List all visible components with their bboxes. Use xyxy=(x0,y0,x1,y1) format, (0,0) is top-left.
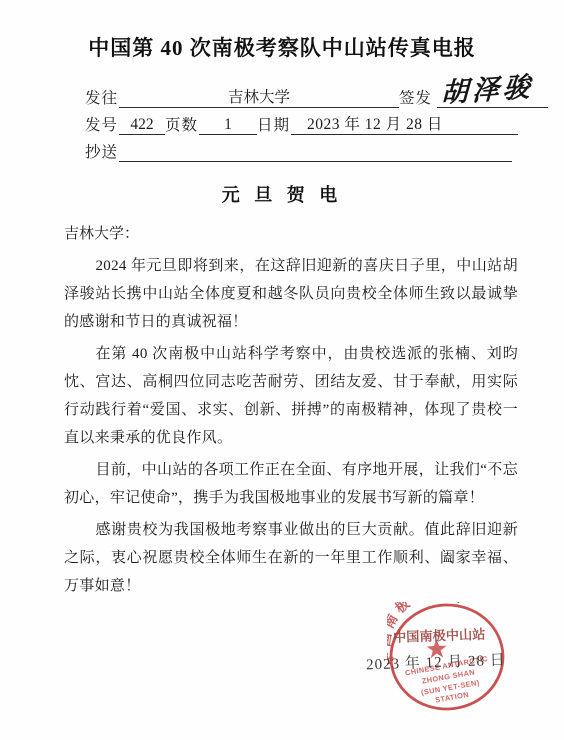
cc-label: 抄送 xyxy=(85,140,119,162)
issuer-signature: 胡泽骏 xyxy=(440,65,534,111)
date-value: 2023 年 12 月 28 日 xyxy=(291,112,443,134)
letter-body: 2024 年元旦即将到来，在这辞旧迎新的喜庆日子里，中山站胡泽骏站长携中山站全体… xyxy=(64,252,518,600)
header-row-cc: 抄送 xyxy=(85,136,512,162)
seal-date: 2023 年 12 月 28 日 xyxy=(366,649,506,675)
issuer-label: 签发 xyxy=(399,86,437,108)
letter-paragraph: 在第 40 次南极中山站科学考察中，由贵校选派的张楠、刘昀忱、宫达、高桐四位同志… xyxy=(64,340,518,452)
date-label: 日期 xyxy=(257,113,291,135)
number-underline: 422 xyxy=(119,111,165,135)
pages-underline: 1 xyxy=(199,111,257,135)
pages-value: 1 xyxy=(224,116,232,134)
seal-english-line: (SUN YET-SEN) xyxy=(420,678,480,697)
issuer-underline: 胡泽骏 xyxy=(437,84,548,108)
cc-underline xyxy=(119,138,512,162)
letter-salutation: 吉林大学： xyxy=(64,222,518,243)
seal-english-line: STATION xyxy=(434,690,469,705)
date-underline: 2023 年 12 月 28 日 xyxy=(291,111,518,135)
number-label: 发号 xyxy=(85,113,119,135)
fax-document: 中国第 40 次南极考察队中山站传真电报 发往 吉林大学 签发 胡泽骏 发号 4… xyxy=(0,0,564,740)
pages-label: 页数 xyxy=(165,113,199,135)
header-row-to: 发往 吉林大学 签发 胡泽骏 xyxy=(85,82,548,108)
seal-overlay-text: 中国南极中山站 xyxy=(393,626,486,645)
letter-paragraph: 2024 年元旦即将到来，在这辞旧迎新的喜庆日子里，中山站胡泽骏站长携中山站全体… xyxy=(64,252,518,336)
to-underline: 吉林大学 xyxy=(119,84,399,108)
header-row-number: 发号 422 页数 1 日期 2023 年 12 月 28 日 xyxy=(85,109,518,135)
to-value: 吉林大学 xyxy=(228,85,290,107)
to-label: 发往 xyxy=(85,86,119,108)
document-title: 中国第 40 次南极考察队中山站传真电报 xyxy=(0,0,564,62)
letter-paragraph: 目前，中山站的各项工作正在全面、有序地开展，让我们“不忘初心，牢记使命”，携手为… xyxy=(64,456,518,512)
letter-paragraph: 感谢贵校为我国极地考察事业做出的巨大贡献。值此辞旧迎新之际，衷心祝愿贵校全体师生… xyxy=(64,516,518,600)
number-value: 422 xyxy=(130,116,153,134)
letter-heading: 元 旦 贺 电 xyxy=(0,181,564,207)
header-fields: 发往 吉林大学 签发 胡泽骏 发号 422 页数 1 日期 2023 年 12 … xyxy=(85,82,564,162)
